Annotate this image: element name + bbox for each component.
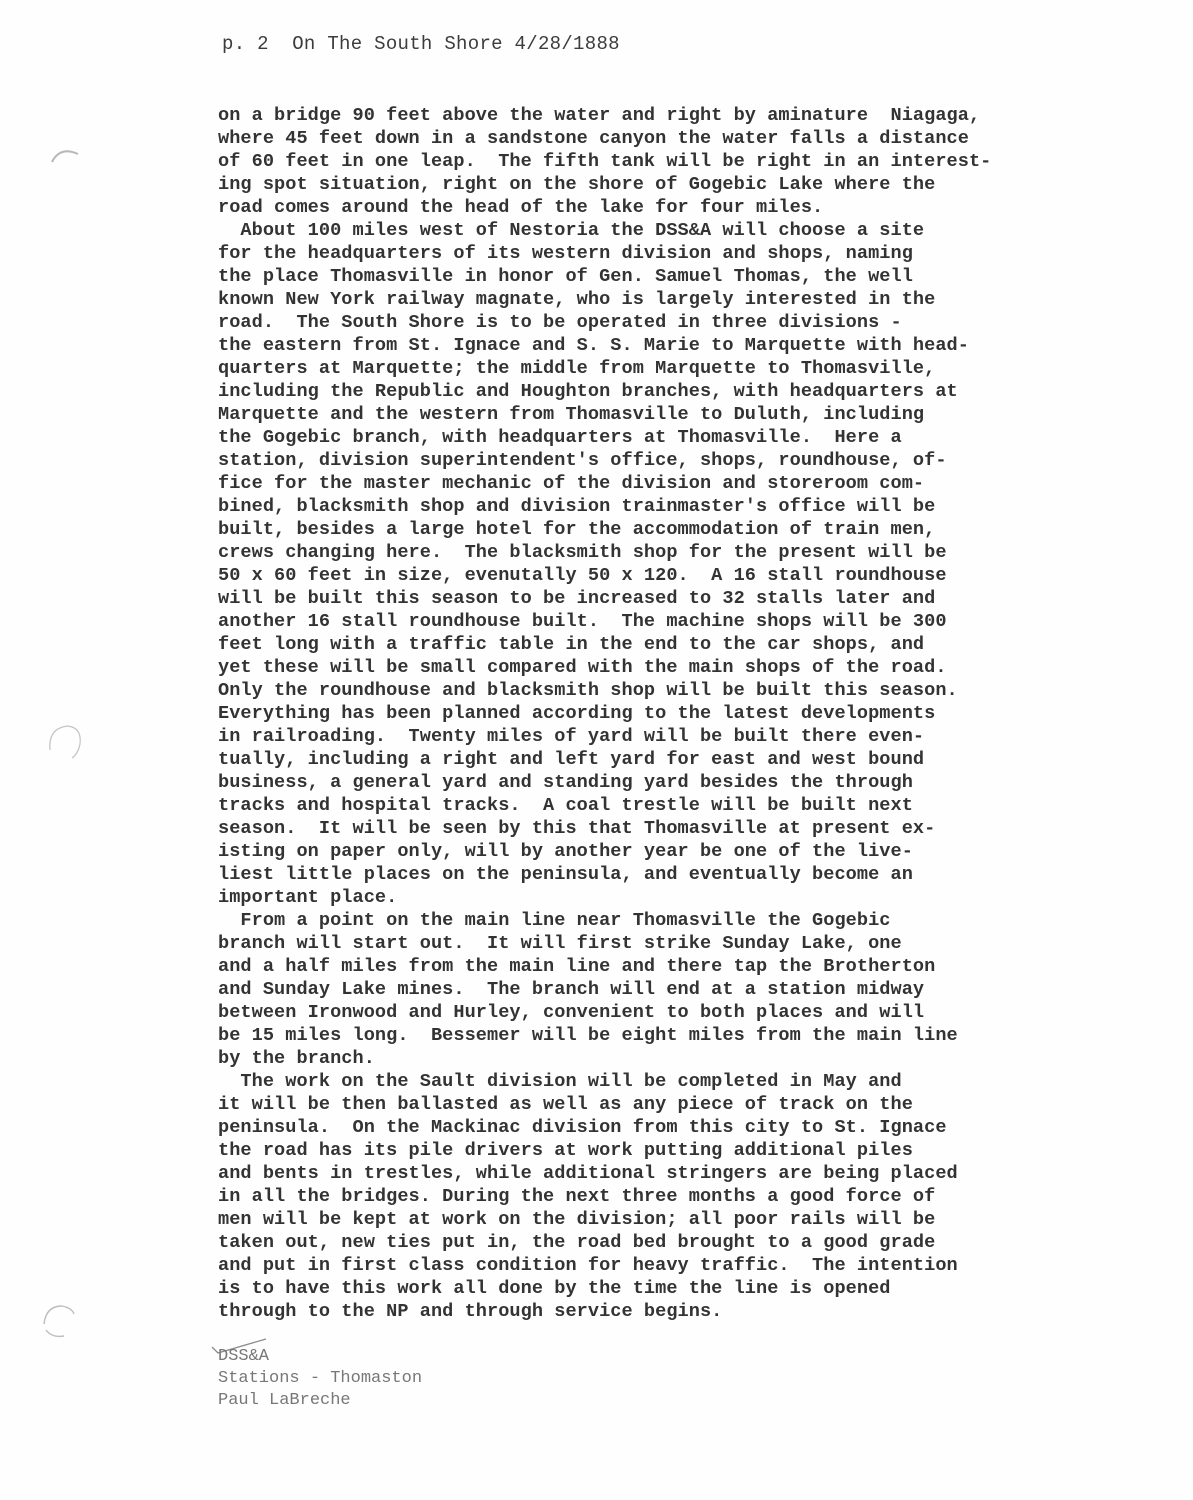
body-line: of 60 feet in one leap. The fifth tank w… [218,150,1018,173]
body-line: tually, including a right and left yard … [218,748,1018,771]
article-body: on a bridge 90 feet above the water and … [218,104,1018,1323]
body-line: for the headquarters of its western divi… [218,242,1018,265]
body-line: the eastern from St. Ignace and S. S. Ma… [218,334,1018,357]
body-line: branch will start out. It will first str… [218,932,1018,955]
body-line: liest little places on the peninsula, an… [218,863,1018,886]
body-line: and put in first class condition for hea… [218,1254,1018,1277]
hole-punch-mark-icon [44,722,84,762]
body-line: crews changing here. The blacksmith shop… [218,541,1018,564]
body-line: yet these will be small compared with th… [218,656,1018,679]
filing-notes: DSS&A Stations - Thomaston Paul LaBreche [218,1346,422,1412]
body-line: where 45 feet down in a sandstone canyon… [218,127,1018,150]
body-line: and bents in trestles, while additional … [218,1162,1018,1185]
body-line: on a bridge 90 feet above the water and … [218,104,1018,127]
body-line: From a point on the main line near Thoma… [218,909,1018,932]
body-line: station, division superintendent's offic… [218,449,1018,472]
body-line: Marquette and the western from Thomasvil… [218,403,1018,426]
body-line: the Gogebic branch, with headquarters at… [218,426,1018,449]
body-line: will be built this season to be increase… [218,587,1018,610]
body-line: in railroading. Twenty miles of yard wil… [218,725,1018,748]
body-line: another 16 stall roundhouse built. The m… [218,610,1018,633]
body-line: road comes around the head of the lake f… [218,196,1018,219]
body-line: men will be kept at work on the division… [218,1208,1018,1231]
body-line: road. The South Shore is to be operated … [218,311,1018,334]
body-line: it will be then ballasted as well as any… [218,1093,1018,1116]
footer-line-railroad: DSS&A [218,1346,422,1368]
body-line: and a half miles from the main line and … [218,955,1018,978]
document-page: p. 2 On The South Shore 4/28/1888 on a b… [0,0,1193,1500]
body-line: built, besides a large hotel for the acc… [218,518,1018,541]
footer-line-category: Stations - Thomaston [218,1368,422,1390]
body-line: in all the bridges. During the next thre… [218,1185,1018,1208]
body-line: is to have this work all done by the tim… [218,1277,1018,1300]
body-line: important place. [218,886,1018,909]
body-line: tracks and hospital tracks. A coal trest… [218,794,1018,817]
body-line: known New York railway magnate, who is l… [218,288,1018,311]
body-line: taken out, new ties put in, the road bed… [218,1231,1018,1254]
hole-punch-mark-icon [48,140,88,180]
body-line: through to the NP and through service be… [218,1300,1018,1323]
body-line: peninsula. On the Mackinac division from… [218,1116,1018,1139]
body-line: between Ironwood and Hurley, convenient … [218,1001,1018,1024]
body-line: bined, blacksmith shop and division trai… [218,495,1018,518]
footer-line-author: Paul LaBreche [218,1390,422,1412]
body-line: season. It will be seen by this that Tho… [218,817,1018,840]
body-line: feet long with a traffic table in the en… [218,633,1018,656]
body-line: Only the roundhouse and blacksmith shop … [218,679,1018,702]
page-header: p. 2 On The South Shore 4/28/1888 [222,33,620,55]
body-line: The work on the Sault division will be c… [218,1070,1018,1093]
body-line: by the branch. [218,1047,1018,1070]
body-line: be 15 miles long. Bessemer will be eight… [218,1024,1018,1047]
body-line: business, a general yard and standing ya… [218,771,1018,794]
body-line: fice for the master mechanic of the divi… [218,472,1018,495]
body-line: the place Thomasville in honor of Gen. S… [218,265,1018,288]
body-line: Everything has been planned according to… [218,702,1018,725]
body-line: the road has its pile drivers at work pu… [218,1139,1018,1162]
body-line: and Sunday Lake mines. The branch will e… [218,978,1018,1001]
body-line: 50 x 60 feet in size, evenutally 50 x 12… [218,564,1018,587]
body-line: ing spot situation, right on the shore o… [218,173,1018,196]
hole-punch-mark-icon [38,1302,78,1342]
body-line: quarters at Marquette; the middle from M… [218,357,1018,380]
body-line: including the Republic and Houghton bran… [218,380,1018,403]
body-line: isting on paper only, will by another ye… [218,840,1018,863]
body-line: About 100 miles west of Nestoria the DSS… [218,219,1018,242]
